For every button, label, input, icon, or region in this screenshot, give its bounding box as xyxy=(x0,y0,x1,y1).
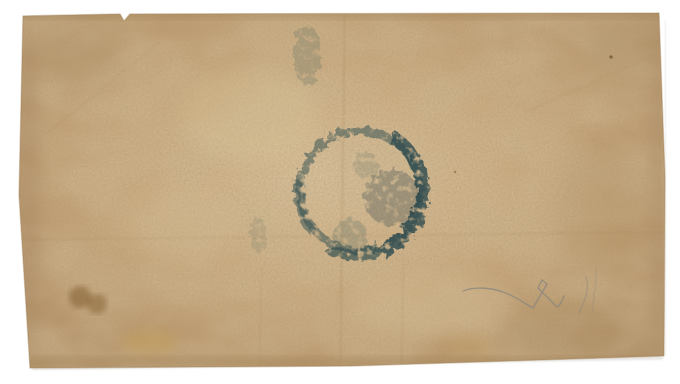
aged-paper-note xyxy=(12,10,675,368)
stamp-inner-speckle xyxy=(364,170,420,226)
stamp-inner-speckle xyxy=(332,219,368,255)
fleck xyxy=(454,171,456,173)
brown-stain xyxy=(87,294,107,314)
yellow-stain xyxy=(446,337,494,353)
photo-canvas xyxy=(0,0,680,384)
banknote-photo xyxy=(0,0,680,384)
stamp-inner-speckle xyxy=(353,152,379,178)
yellow-stain xyxy=(122,332,178,352)
fleck xyxy=(609,55,612,58)
